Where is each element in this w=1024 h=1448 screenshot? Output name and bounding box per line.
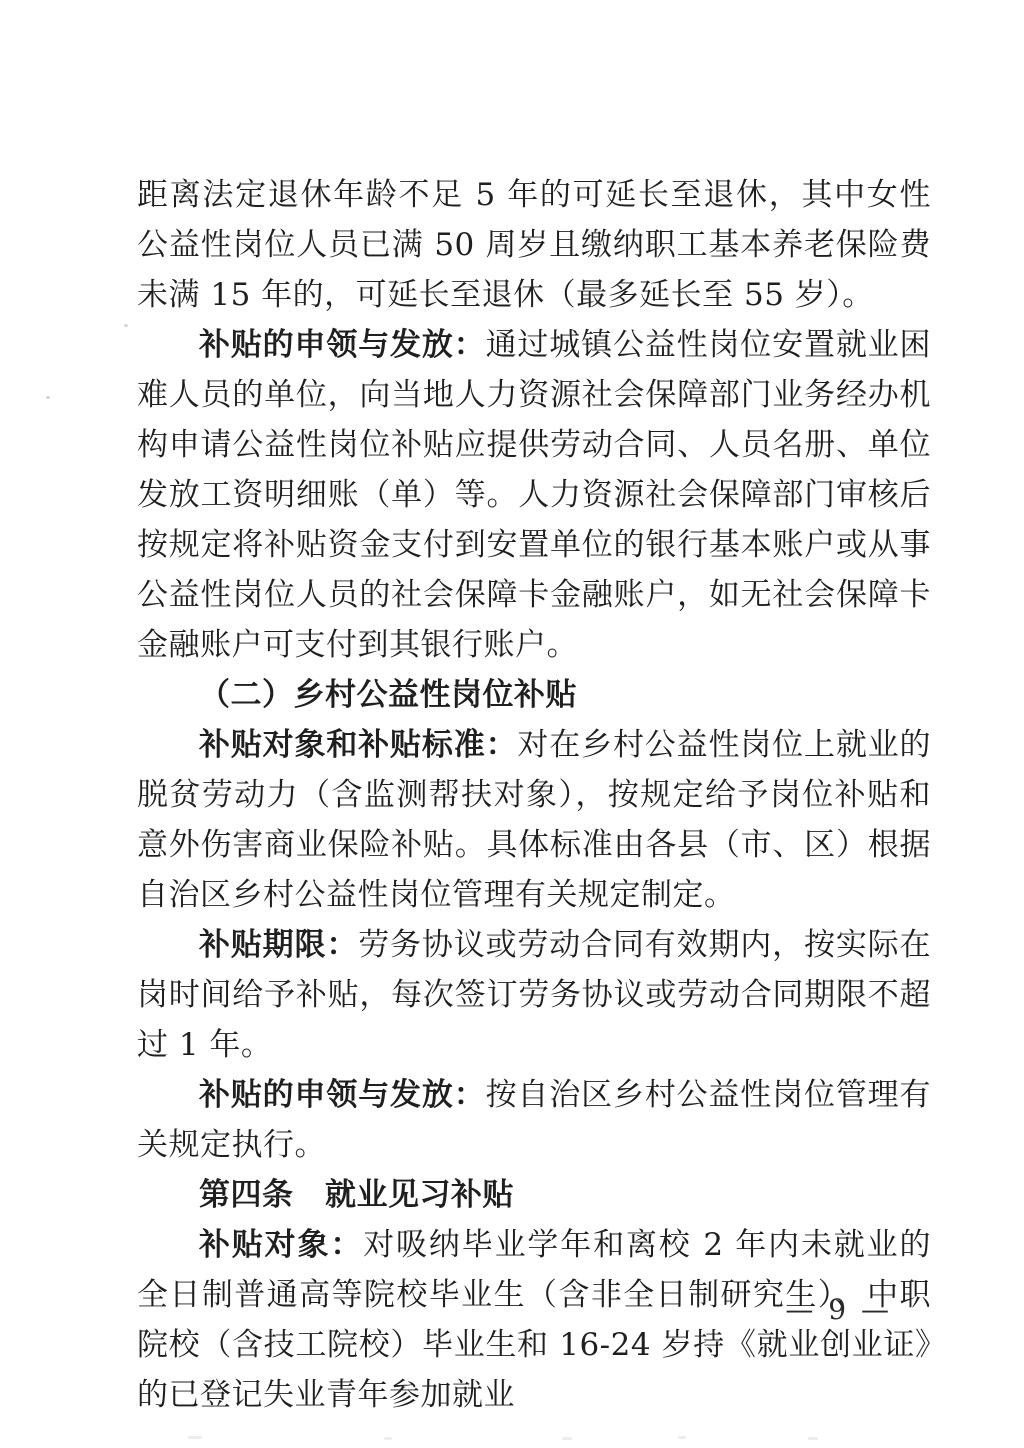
paragraph: 补贴期限：劳务协议或劳动合同有效期内，按实际在岗时间给予补贴，每次签订劳务协议或… xyxy=(137,920,931,1070)
paragraph: 补贴的申领与发放：按自治区乡村公益性岗位管理有关规定执行。 xyxy=(137,1070,931,1170)
bold-text-run: （二）乡村公益性岗位补贴 xyxy=(199,677,577,713)
scan-artifact xyxy=(384,1437,392,1440)
bold-text-run: 补贴期限： xyxy=(199,927,358,963)
bold-text-run: 补贴的申领与发放： xyxy=(199,1077,486,1113)
paragraph: 第四条 就业见习补贴 xyxy=(137,1170,931,1220)
text-run: 距离法定退休年龄不足 5 年的可延长至退休，其中女性公益性岗位人员已满 50 周… xyxy=(137,177,931,313)
document-page: 距离法定退休年龄不足 5 年的可延长至退休，其中女性公益性岗位人员已满 50 周… xyxy=(0,0,1024,1448)
scan-artifact xyxy=(46,396,50,399)
scan-artifact xyxy=(562,1437,572,1440)
bold-text-run: 补贴对象： xyxy=(199,1227,363,1263)
bold-text-run: 补贴对象和补贴标准： xyxy=(199,727,517,763)
text-run: 通过城镇公益性岗位安置就业困难人员的单位，向当地人力资源社会保障部门业务经办机构… xyxy=(137,327,931,663)
page-number: — 9 — xyxy=(0,1293,1024,1326)
scan-artifact xyxy=(808,1437,818,1440)
paragraph: 距离法定退休年龄不足 5 年的可延长至退休，其中女性公益性岗位人员已满 50 周… xyxy=(137,170,931,320)
scan-artifact xyxy=(124,324,128,327)
scan-artifact xyxy=(188,1436,202,1439)
paragraph: 补贴的申领与发放：通过城镇公益性岗位安置就业困难人员的单位，向当地人力资源社会保… xyxy=(137,320,931,670)
document-body: 距离法定退休年龄不足 5 年的可延长至退休，其中女性公益性岗位人员已满 50 周… xyxy=(137,170,931,1420)
paragraph: 补贴对象和补贴标准：对在乡村公益性岗位上就业的脱贫劳动力（含监测帮扶对象），按规… xyxy=(137,720,931,920)
scan-artifact xyxy=(678,1436,686,1439)
bold-text-run: 补贴的申领与发放： xyxy=(199,327,486,363)
paragraph: （二）乡村公益性岗位补贴 xyxy=(137,670,931,720)
bold-text-run: 第四条 就业见习补贴 xyxy=(199,1177,514,1213)
